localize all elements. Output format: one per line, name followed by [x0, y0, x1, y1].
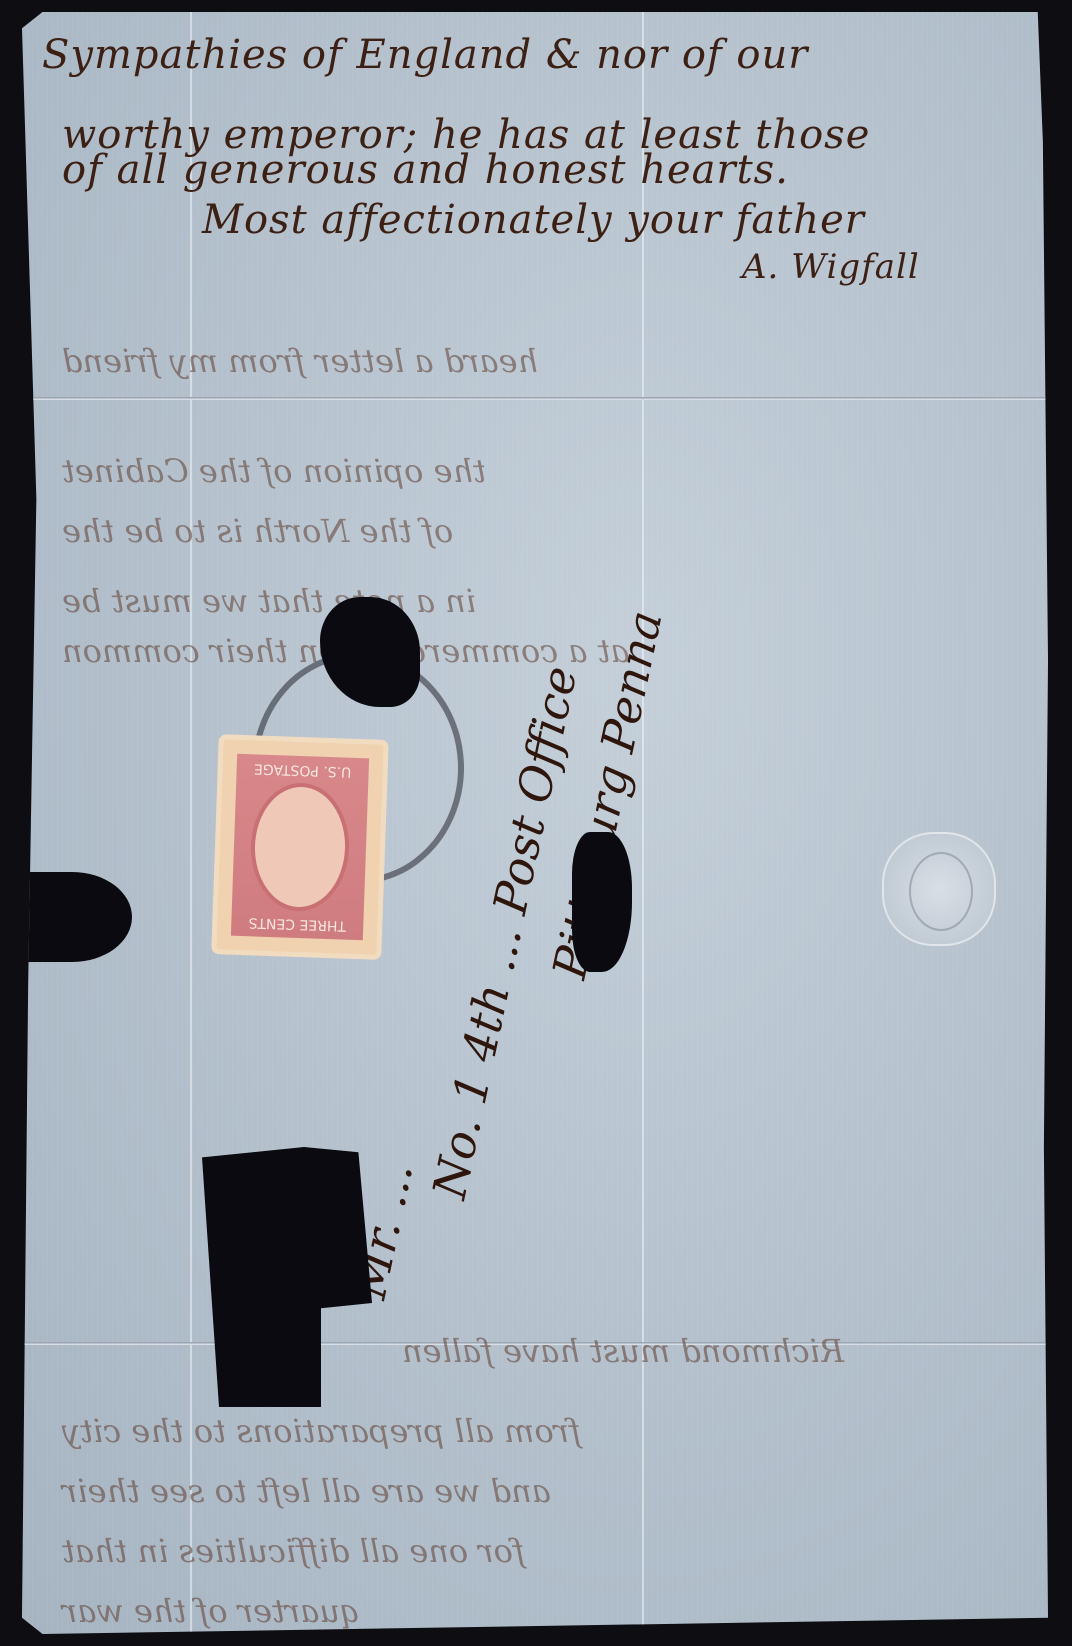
bleed-line: for one all difficulties in that [62, 1532, 525, 1570]
fold-crease [190, 12, 192, 1634]
wax-seal [882, 832, 996, 946]
letter-line: Sympathies of England & nor of our [42, 32, 808, 78]
letter-line: of all generous and honest hearts. [62, 147, 789, 193]
bleed-line: Richmond must have fallen [402, 1332, 844, 1370]
stamp-bottom-text: U.S. POSTAGE [236, 760, 368, 781]
seal-portrait-icon [909, 852, 973, 931]
bleed-line: from all preparations to the city [62, 1412, 581, 1450]
portrait-icon [249, 781, 351, 912]
bleed-line: in a note that we must be [62, 582, 476, 620]
stamp-top-text: THREE CENTS [231, 914, 363, 935]
bleed-line: the opinion of the Cabinet [62, 452, 486, 490]
letter-line: Most affectionately your father [202, 197, 865, 243]
bleed-line: of the North is to be the [62, 512, 453, 550]
signature: A. Wigfall [742, 247, 920, 287]
fold-crease [642, 12, 644, 1634]
bleed-line: quarter of the war [62, 1592, 360, 1630]
paper-hole [202, 1147, 372, 1407]
bleed-line: and we are all left to see their [62, 1472, 551, 1510]
paper-hole [572, 832, 632, 972]
paper-hole [12, 872, 132, 962]
letter-sheet: Sympathies of England & nor of our worth… [22, 12, 1048, 1634]
fold-crease [22, 397, 1048, 400]
postage-stamp: THREE CENTS U.S. POSTAGE [216, 739, 383, 954]
bleed-line: heard a letter from my friend [62, 342, 538, 380]
